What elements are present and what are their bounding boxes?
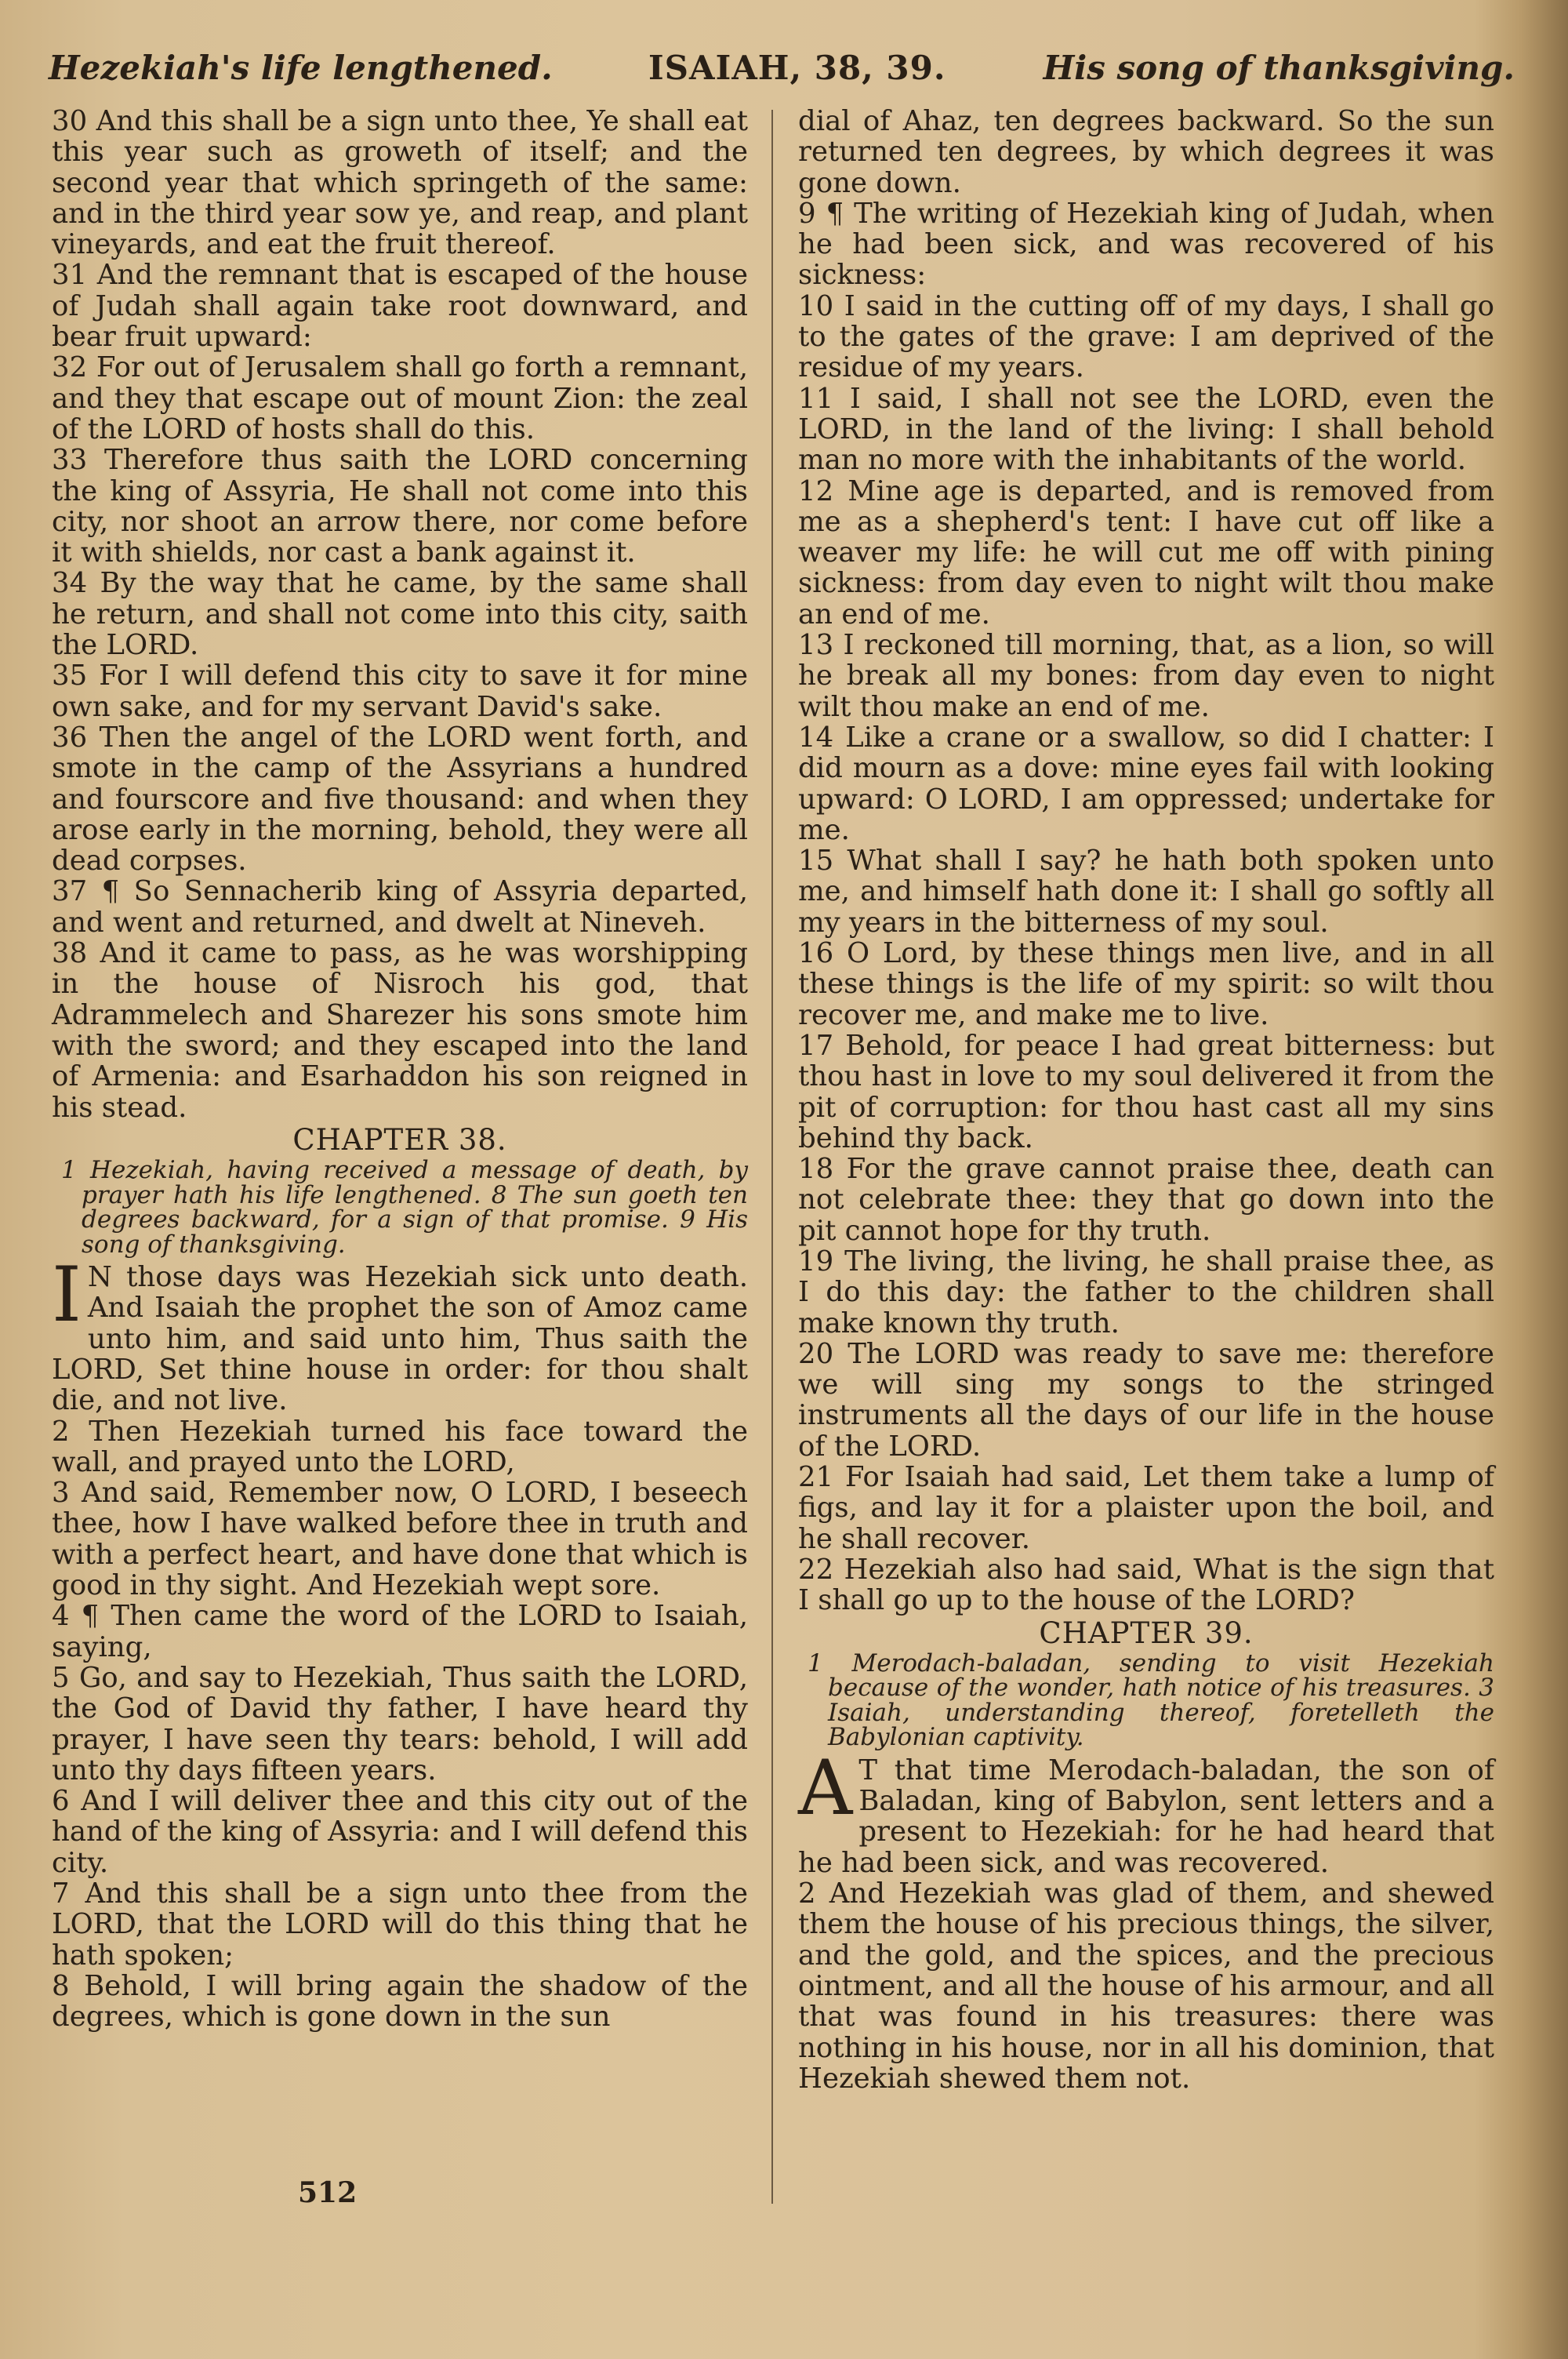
column-divider: [771, 110, 773, 2204]
verse: 11 I said, I shall not see the LORD, eve…: [798, 383, 1494, 476]
verse: 35 For I will defend this city to save i…: [52, 660, 748, 722]
verse: 32 For out of Jerusalem shall go forth a…: [52, 352, 748, 445]
verse: 33 Therefore thus saith the LORD concern…: [52, 445, 748, 568]
verse: 37 ¶ So Sennacherib king of Assyria depa…: [52, 876, 748, 938]
verse: 19 The living, the living, he shall prai…: [798, 1246, 1494, 1339]
verse: 20 The LORD was ready to save me: theref…: [798, 1339, 1494, 1462]
verse: dial of Ahaz, ten degrees backward. So t…: [798, 106, 1494, 198]
verse: 15 What shall I say? he hath both spoken…: [798, 845, 1494, 938]
running-head-left: Hezekiah's life lengthened.: [49, 49, 553, 87]
verse: 16 O Lord, by these things men live, and…: [798, 938, 1494, 1030]
verse: 8 Behold, I will bring again the shadow …: [52, 1971, 748, 2033]
verse: 3 And said, Remember now, O LORD, I bese…: [52, 1478, 748, 1601]
verse: 2 Then Hezekiah turned his face toward t…: [52, 1416, 748, 1478]
verse: 10 I said in the cutting off of my days,…: [798, 291, 1494, 383]
verse: 5 Go, and say to Hezekiah, Thus saith th…: [52, 1663, 748, 1786]
dropcap: A: [798, 1758, 852, 1818]
verse: 12 Mine age is departed, and is removed …: [798, 476, 1494, 630]
bible-page: Hezekiah's life lengthened. ISAIAH, 38, …: [0, 0, 1568, 2359]
page-number: 512: [298, 2176, 357, 2209]
running-head: Hezekiah's life lengthened. ISAIAH, 38, …: [49, 49, 1515, 96]
chapter-title: CHAPTER 38.: [52, 1125, 748, 1155]
verse: 30 And this shall be a sign unto thee, Y…: [52, 106, 748, 260]
verse: 9 ¶ The writing of Hezekiah king of Juda…: [798, 198, 1494, 291]
verse: 7 And this shall be a sign unto thee fro…: [52, 1878, 748, 1971]
running-head-right: His song of thanksgiving.: [1044, 49, 1515, 87]
verse: 14 Like a crane or a swallow, so did I c…: [798, 722, 1494, 845]
left-column: 30 And this shall be a sign unto thee, Y…: [52, 106, 748, 2033]
right-column: dial of Ahaz, ten degrees backward. So t…: [798, 106, 1494, 2094]
chapter-opening: AT that time Merodach-baladan, the son o…: [798, 1755, 1494, 1878]
verse: 22 Hezekiah also had said, What is the s…: [798, 1554, 1494, 1616]
running-head-center: ISAIAH, 38, 39.: [648, 49, 946, 87]
verse: 36 Then the angel of the LORD went forth…: [52, 722, 748, 876]
verse: 4 ¶ Then came the word of the LORD to Is…: [52, 1601, 748, 1663]
chapter-title: CHAPTER 39.: [798, 1618, 1494, 1648]
dropcap: I: [52, 1265, 82, 1325]
verse: 2 And Hezekiah was glad of them, and she…: [798, 1878, 1494, 2094]
chapter-summary: 1 Hezekiah, having received a message of…: [52, 1158, 748, 1257]
verse: 38 And it came to pass, as he was worshi…: [52, 938, 748, 1123]
opening-text: T that time Merodach-baladan, the son of…: [798, 1754, 1494, 1879]
chapter-opening: IN those days was Hezekiah sick unto dea…: [52, 1262, 748, 1416]
verse: 13 I reckoned till morning, that, as a l…: [798, 630, 1494, 722]
verse: 17 Behold, for peace I had great bittern…: [798, 1030, 1494, 1154]
verse: 34 By the way that he came, by the same …: [52, 568, 748, 660]
verse: 21 For Isaiah had said, Let them take a …: [798, 1462, 1494, 1554]
verse: 31 And the remnant that is escaped of th…: [52, 260, 748, 352]
opening-text: N those days was Hezekiah sick unto deat…: [52, 1261, 748, 1416]
verse: 6 And I will deliver thee and this city …: [52, 1786, 748, 1878]
chapter-summary: 1 Merodach-baladan, sending to visit Hez…: [798, 1652, 1494, 1750]
verse: 18 For the grave cannot praise thee, dea…: [798, 1154, 1494, 1246]
